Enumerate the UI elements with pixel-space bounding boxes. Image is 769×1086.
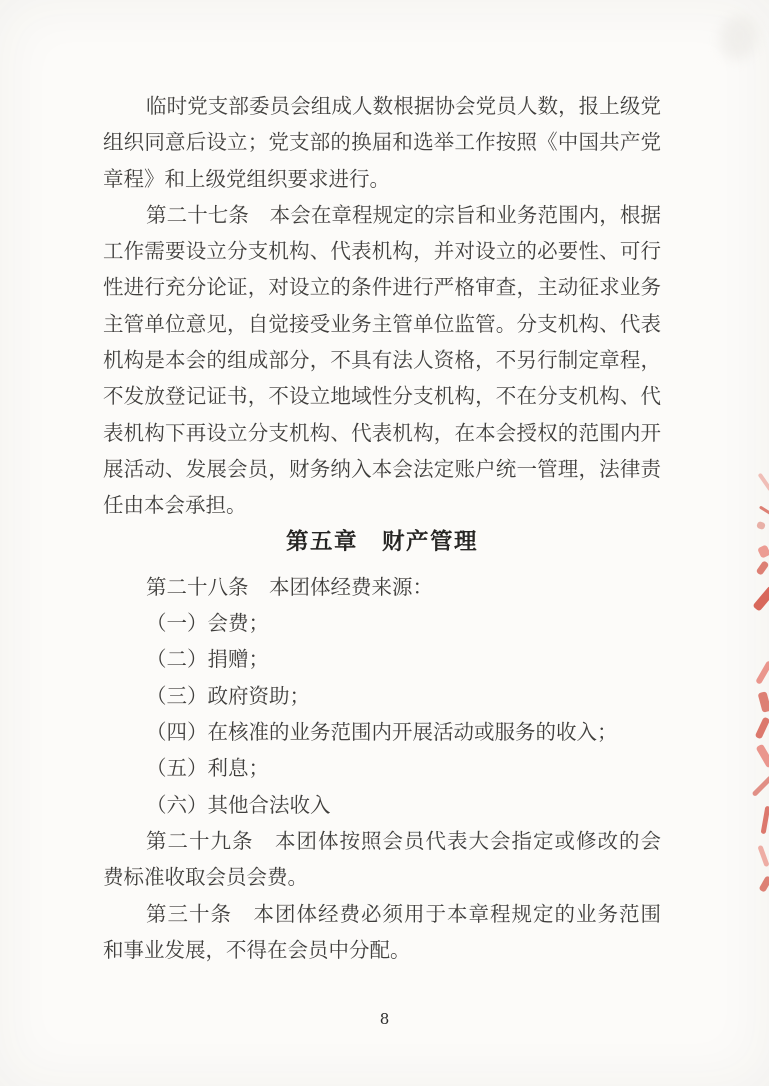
text-line: 展活动、发展会员，财务纳入本会法定账户统一管理，法律责 xyxy=(103,451,661,487)
text-line: 性进行充分论证，对设立的条件进行严格审查，主动征求业务 xyxy=(103,269,661,305)
seal-ink-fragment xyxy=(757,845,769,867)
chapter-heading: 第五章 财产管理 xyxy=(103,524,661,560)
text-line: （五）利息； xyxy=(103,750,661,786)
seal-ink-fragment xyxy=(752,585,769,611)
paragraph: 第二十九条 本团体按照会员代表大会指定或修改的会费标准收取会员会费。 xyxy=(103,823,661,896)
seal-ink-fragment xyxy=(756,560,769,575)
seal-ink-fragment xyxy=(758,473,769,492)
text-line: 工作需要设立分支机构、代表机构，并对设立的必要性、可行 xyxy=(103,233,661,269)
paragraph: （六）其他合法收入 xyxy=(103,787,661,823)
text-line: 不发放登记证书，不设立地域性分支机构，不在分支机构、代 xyxy=(103,378,661,414)
document-body: 临时党支部委员会组成人数根据协会党员人数，报上级党组织同意后设立；党支部的换届和… xyxy=(103,88,661,968)
text-line: 第二十八条 本团体经费来源： xyxy=(103,569,661,605)
page-number: 8 xyxy=(0,1010,769,1028)
paragraph: （五）利息； xyxy=(103,750,661,786)
seal-ink-fragment xyxy=(756,521,766,530)
paragraph: 第三十条 本团体经费必须用于本章程规定的业务范围和事业发展，不得在会员中分配。 xyxy=(103,896,661,969)
text-line: 主管单位意见，自觉接受业务主管单位监管。分支机构、代表 xyxy=(103,306,661,342)
document-page: 临时党支部委员会组成人数根据协会党员人数，报上级党组织同意后设立；党支部的换届和… xyxy=(0,0,769,1086)
text-line: （六）其他合法收入 xyxy=(103,787,661,823)
seal-ink-fragment xyxy=(755,660,769,685)
seal-ink-fragment xyxy=(761,806,769,834)
paragraph: （一）会费； xyxy=(103,605,661,641)
paragraph: 第二十七条 本会在章程规定的宗旨和业务范围内，根据工作需要设立分支机构、代表机构… xyxy=(103,197,661,524)
paragraph: 第二十八条 本团体经费来源： xyxy=(103,569,661,605)
paragraph: 临时党支部委员会组成人数根据协会党员人数，报上级党组织同意后设立；党支部的换届和… xyxy=(103,88,661,197)
seal-ink-fragment xyxy=(758,875,769,892)
text-line: 第二十九条 本团体按照会员代表大会指定或修改的会 xyxy=(103,823,661,859)
seal-ink-fragment xyxy=(756,744,769,769)
seal-ink-fragment xyxy=(755,717,769,740)
text-line: 和事业发展，不得在会员中分配。 xyxy=(103,932,661,968)
paragraph: （四）在核准的业务范围内开展活动或服务的收入； xyxy=(103,714,661,750)
scan-smudge xyxy=(720,16,758,60)
text-line: （二）捐赠； xyxy=(103,641,661,677)
text-line: 第二十七条 本会在章程规定的宗旨和业务范围内，根据 xyxy=(103,197,661,233)
text-line: （三）政府资助； xyxy=(103,678,661,714)
text-line: 机构是本会的组成部分，不具有法人资格，不另行制定章程， xyxy=(103,342,661,378)
text-line: （一）会费； xyxy=(103,605,661,641)
text-line: 临时党支部委员会组成人数根据协会党员人数，报上级党 xyxy=(103,88,661,124)
text-line: 表机构下再设立分支机构、代表机构，在本会授权的范围内开 xyxy=(103,415,661,451)
seal-ink-fragment xyxy=(757,544,769,558)
text-line: （四）在核准的业务范围内开展活动或服务的收入； xyxy=(103,714,661,750)
text-line: 任由本会承担。 xyxy=(103,487,661,523)
text-line: 章程》和上级党组织要求进行。 xyxy=(103,161,661,197)
seal-ink-fragment xyxy=(752,775,769,797)
text-line: 费标准收取会员会费。 xyxy=(103,859,661,895)
seal-ink-fragment xyxy=(759,505,769,516)
paragraph: （二）捐赠； xyxy=(103,641,661,677)
text-line: 组织同意后设立；党支部的换届和选举工作按照《中国共产党 xyxy=(103,124,661,160)
text-line: 第三十条 本团体经费必须用于本章程规定的业务范围 xyxy=(103,896,661,932)
seal-ink-fragment xyxy=(758,691,769,713)
seal-ink-fragments xyxy=(747,0,769,1086)
paragraph: （三）政府资助； xyxy=(103,678,661,714)
